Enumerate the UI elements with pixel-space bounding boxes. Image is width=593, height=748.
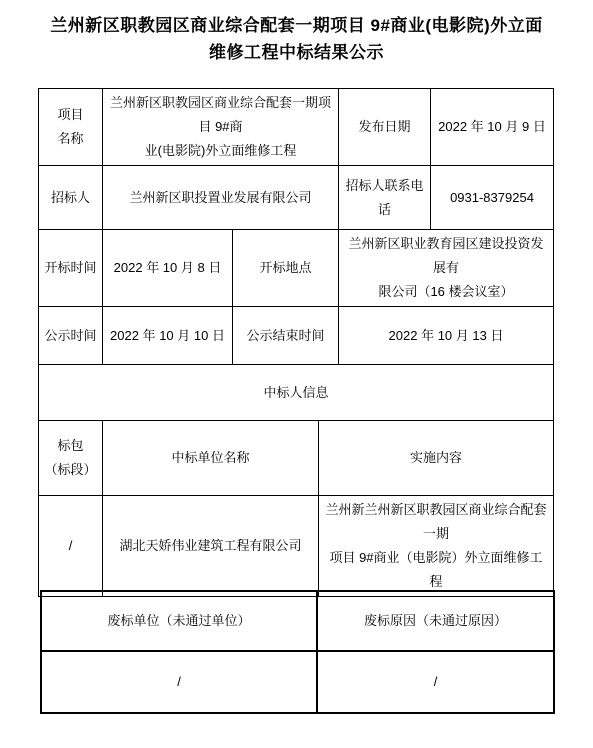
publicity-end-label: 公示结束时间 <box>233 307 339 365</box>
publish-date-label: 发布日期 <box>339 89 431 166</box>
publicity-time-label: 公示时间 <box>39 307 103 365</box>
tenderee-phone-value: 0931-8379254 <box>431 166 554 230</box>
publicity-end-value: 2022 年 10 月 13 日 <box>339 307 554 365</box>
rejected-bids-table: 废标单位（未通过单位） 废标原因（未通过原因） / / <box>40 590 555 714</box>
winner-name-header: 中标单位名称 <box>103 421 319 496</box>
rejected-unit-header: 废标单位（未通过单位） <box>41 591 317 651</box>
winner-header-row: 标包 （标段） 中标单位名称 实施内容 <box>39 421 554 496</box>
bid-opening-row: 开标时间 2022 年 10 月 8 日 开标地点 兰州新区职业教育园区建设投资… <box>39 230 554 307</box>
rejected-header-row: 废标单位（未通过单位） 废标原因（未通过原因） <box>41 591 554 651</box>
lot-section-header: 标包 （标段） <box>39 421 103 496</box>
winner-data-row: / 湖北天娇伟业建筑工程有限公司 兰州新兰州新区职教园区商业综合配套一期 项目 … <box>39 496 554 597</box>
tenderee-value: 兰州新区职投置业发展有限公司 <box>103 166 339 230</box>
bid-opening-time-value: 2022 年 10 月 8 日 <box>103 230 233 307</box>
lot-section-value: / <box>39 496 103 597</box>
rejected-data-row: / / <box>41 651 554 713</box>
bid-opening-place-value: 兰州新区职业教育园区建设投资发展有 限公司（16 楼会议室） <box>339 230 554 307</box>
announcement-document: 兰州新区职教园区商业综合配套一期项目 9#商业(电影院)外立面 维修工程中标结果… <box>0 0 593 748</box>
bid-opening-place-label: 开标地点 <box>233 230 339 307</box>
project-name-label: 项目 名称 <box>39 89 103 166</box>
implementation-content-header: 实施内容 <box>319 421 554 496</box>
tenderee-label: 招标人 <box>39 166 103 230</box>
project-name-row: 项目 名称 兰州新区职教园区商业综合配套一期项目 9#商 业(电影院)外立面维修… <box>39 89 554 166</box>
winner-info-section-row: 中标人信息 <box>39 365 554 421</box>
publish-date-value: 2022 年 10 月 9 日 <box>431 89 554 166</box>
rejected-reason-value: / <box>317 651 554 713</box>
publicity-row: 公示时间 2022 年 10 月 10 日 公示结束时间 2022 年 10 月… <box>39 307 554 365</box>
bid-result-table: 项目 名称 兰州新区职教园区商业综合配套一期项目 9#商 业(电影院)外立面维修… <box>38 88 554 597</box>
rejected-reason-header: 废标原因（未通过原因） <box>317 591 554 651</box>
publicity-time-value: 2022 年 10 月 10 日 <box>103 307 233 365</box>
tenderee-row: 招标人 兰州新区职投置业发展有限公司 招标人联系电话 0931-8379254 <box>39 166 554 230</box>
implementation-content-value: 兰州新兰州新区职教园区商业综合配套一期 项目 9#商业（电影院）外立面维修工程 <box>319 496 554 597</box>
winner-name-value: 湖北天娇伟业建筑工程有限公司 <box>103 496 319 597</box>
rejected-unit-value: / <box>41 651 317 713</box>
document-title: 兰州新区职教园区商业综合配套一期项目 9#商业(电影院)外立面 维修工程中标结果… <box>0 12 593 66</box>
tenderee-phone-label: 招标人联系电话 <box>339 166 431 230</box>
winner-info-section-header: 中标人信息 <box>39 365 554 421</box>
bid-opening-time-label: 开标时间 <box>39 230 103 307</box>
project-name-value: 兰州新区职教园区商业综合配套一期项目 9#商 业(电影院)外立面维修工程 <box>103 89 339 166</box>
